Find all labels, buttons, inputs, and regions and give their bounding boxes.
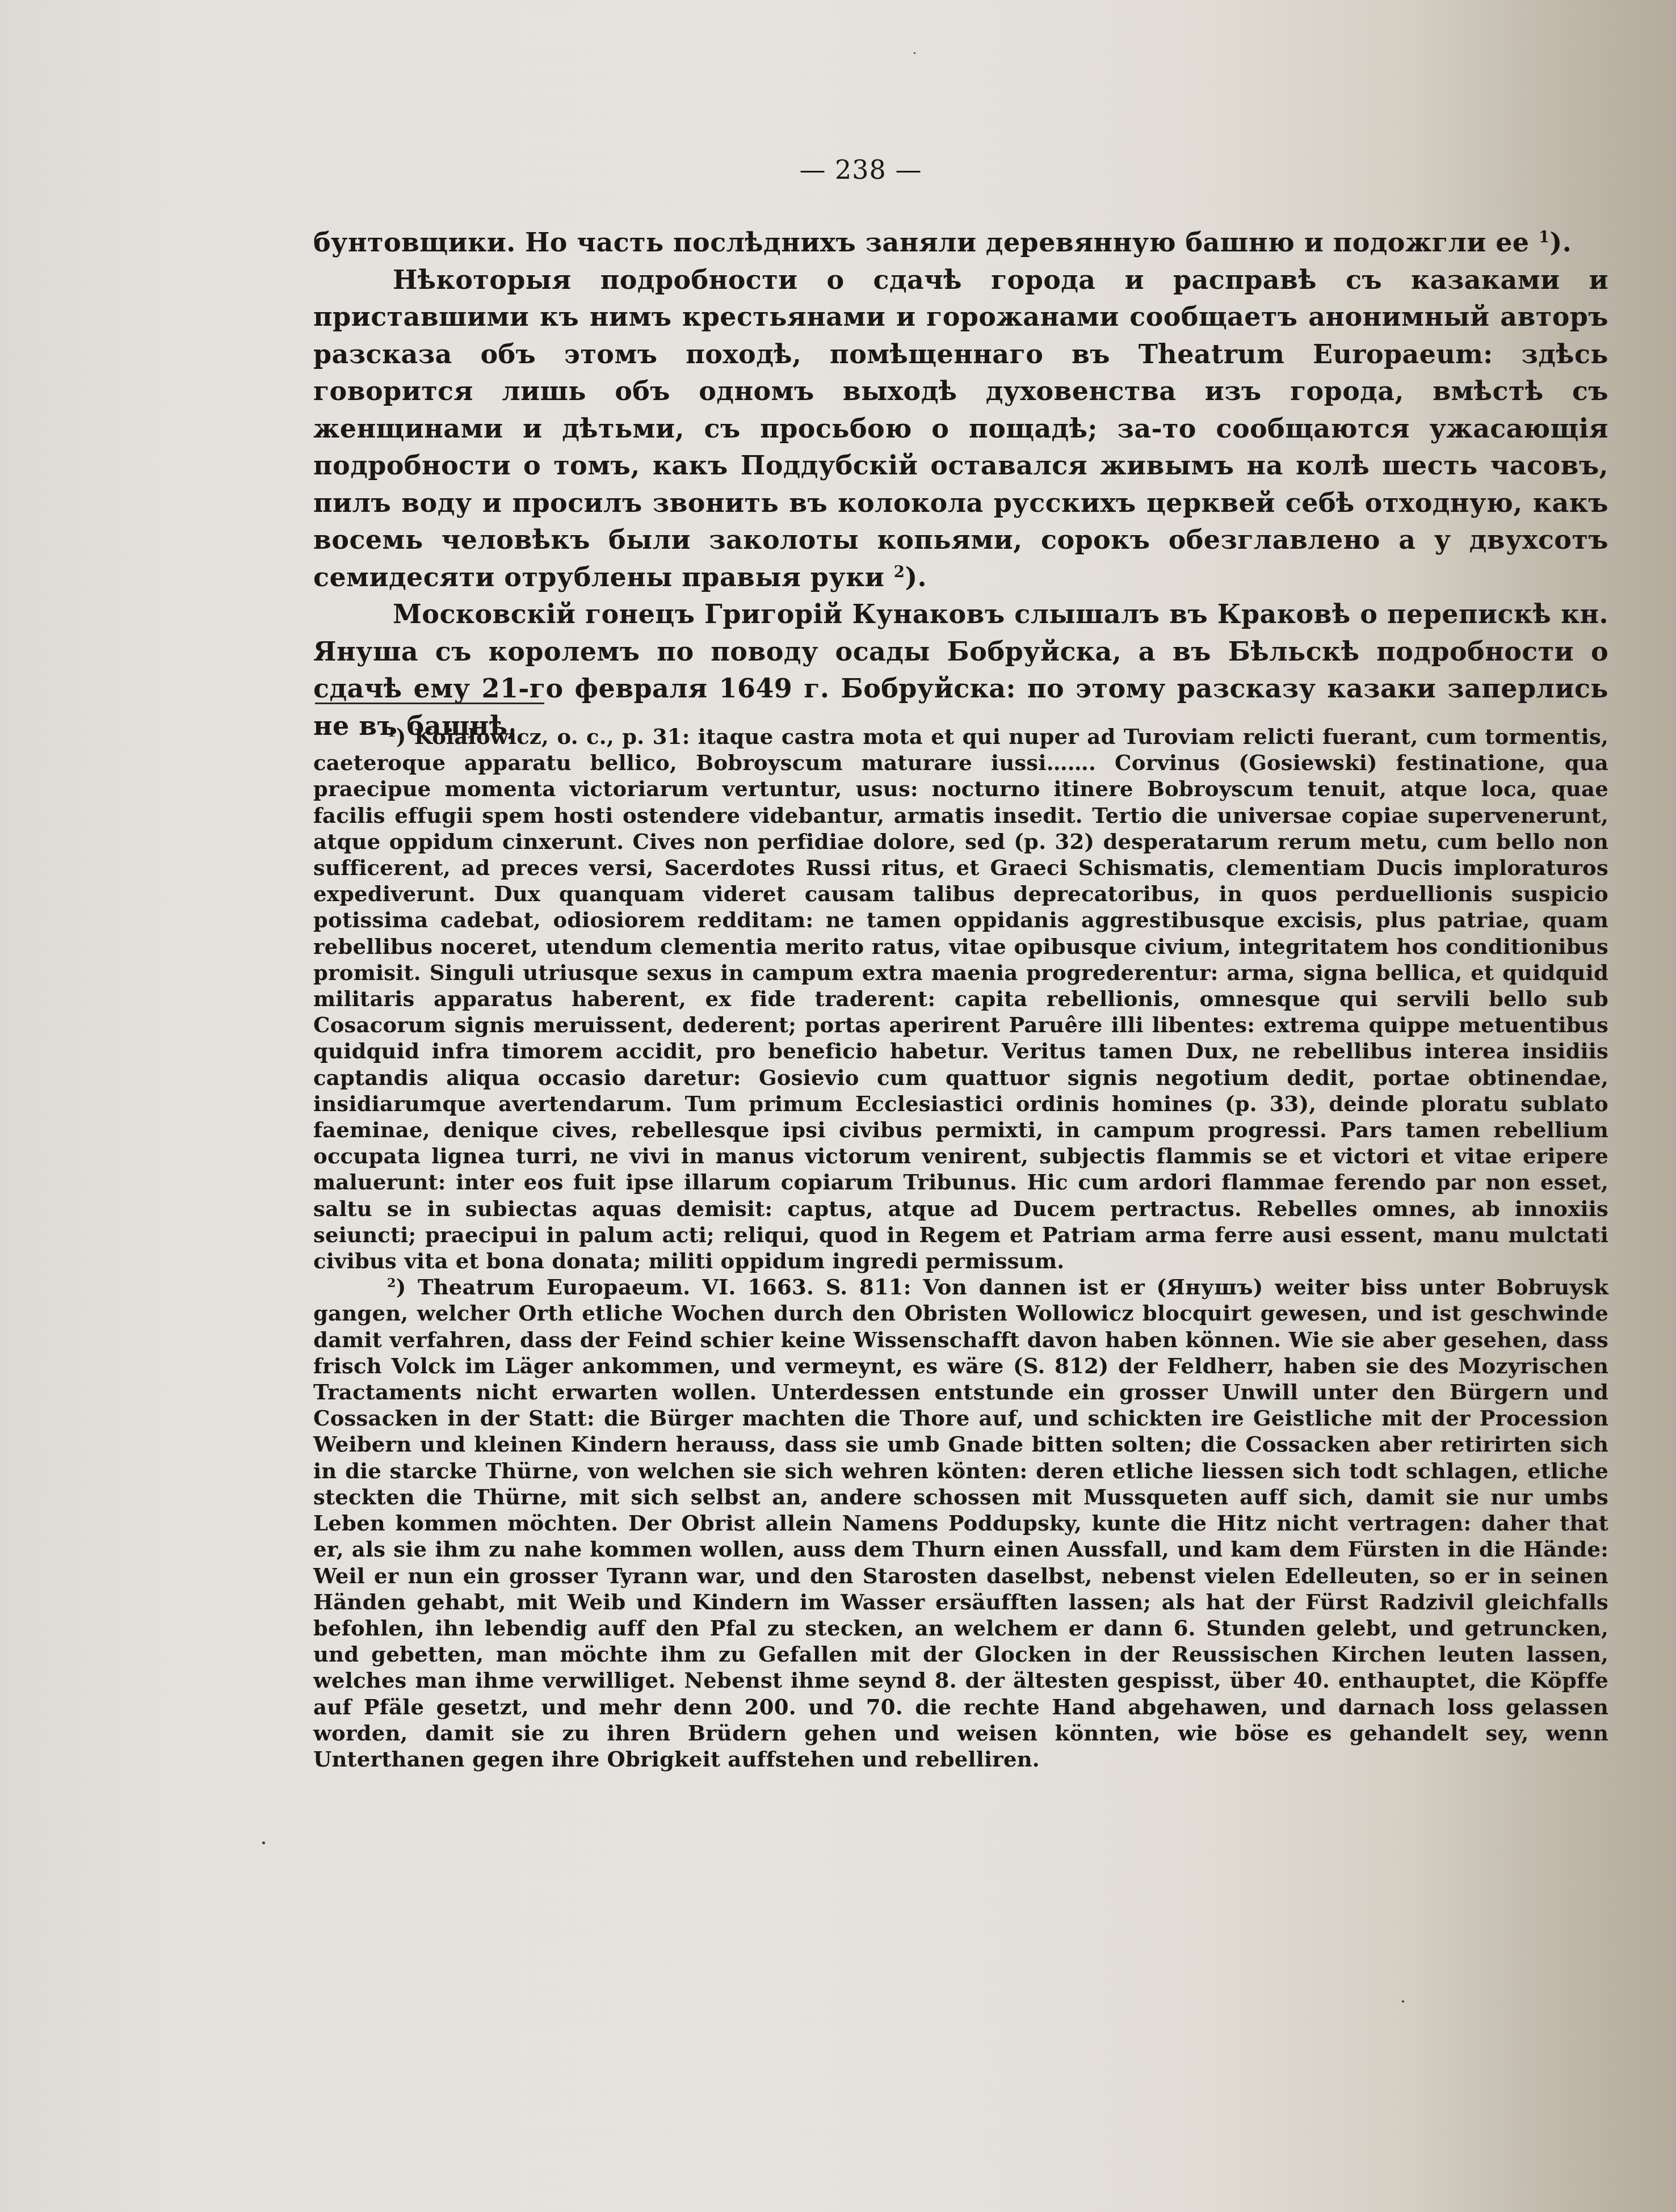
main-body-text: бунтовщики. Но часть послѣднихъ заняли д… bbox=[313, 224, 1608, 745]
book-page: — 238 — бунтовщики. Но часть послѣднихъ … bbox=[0, 0, 1676, 2212]
footnote-separator bbox=[315, 703, 544, 704]
paragraph-3: Московскій гонецъ Григорій Кунаковъ слыш… bbox=[313, 596, 1608, 745]
footnotes-section: 1) Koiałowicz, o. c., p. 31: itaque cast… bbox=[313, 724, 1608, 1772]
paper-speck bbox=[262, 1841, 265, 1844]
paper-speck bbox=[1402, 2000, 1404, 2003]
footnote-marker-1: 1 bbox=[387, 725, 396, 740]
footnote-text: ) Theatrum Europaeum. VI. 1663. S. 811: … bbox=[313, 1275, 1608, 1772]
footnote-ref-2[interactable]: 2 bbox=[894, 562, 905, 581]
footnote-2: 2) Theatrum Europaeum. VI. 1663. S. 811:… bbox=[313, 1274, 1608, 1772]
paragraph-text: Московскій гонецъ Григорій Кунаковъ слыш… bbox=[313, 599, 1608, 741]
paragraph-text: Нѣкоторыя подробности о сдачѣ города и р… bbox=[313, 264, 1608, 592]
paragraph-tail: ). bbox=[1550, 227, 1572, 258]
paragraph-tail: ). bbox=[905, 562, 927, 592]
footnote-marker-2: 2 bbox=[387, 1276, 396, 1290]
footnote-text: ) Koiałowicz, o. c., p. 31: itaque castr… bbox=[313, 724, 1608, 1273]
paragraph-2: Нѣкоторыя подробности о сдачѣ города и р… bbox=[313, 262, 1608, 596]
footnote-ref-1[interactable]: 1 bbox=[1539, 228, 1550, 246]
footnote-1: 1) Koiałowicz, o. c., p. 31: itaque cast… bbox=[313, 724, 1608, 1274]
paper-speck bbox=[914, 52, 915, 54]
paragraph-text: бунтовщики. Но часть послѣднихъ заняли д… bbox=[313, 227, 1529, 258]
paragraph-1: бунтовщики. Но часть послѣднихъ заняли д… bbox=[313, 224, 1608, 262]
page-number: — 238 — bbox=[0, 154, 1676, 185]
